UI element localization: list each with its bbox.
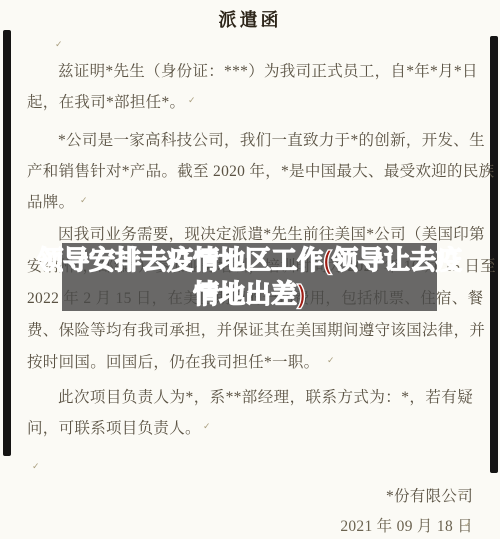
return-mark: ✓ [55, 40, 63, 50]
return-mark: ✓ [327, 356, 335, 366]
signature-company: *份有限公司 [27, 484, 491, 510]
document-title: 派遣函 [0, 6, 500, 32]
body-line: 费、保险等均有我司承担，并保证其在美国期间遵守该国法律，并 [27, 318, 473, 344]
body-line: 问，可联系项目负责人。 [27, 416, 473, 442]
caption-text-line2: 情地出差) [193, 277, 306, 311]
body-line: 兹证明*先生（身份证：***）为我司正式员工，自*年*月*日 [27, 59, 473, 85]
body-line: 此次项目负责人为*，系**部经理，联系方式为：*，若有疑 [27, 385, 473, 411]
return-mark: ✓ [80, 196, 88, 206]
return-mark: ✓ [203, 422, 211, 432]
scanned-dispatch-letter: 派遣函 兹证明*先生（身份证：***）为我司正式员工，自*年*月*日 起，在我司… [0, 0, 500, 539]
body-line: 按时回国。回国后，仍在我司担任*一职。 [27, 350, 473, 376]
return-mark: ✓ [32, 462, 40, 472]
signature-date: 2021 年 09 月 18 日 [27, 514, 485, 539]
caption-overlay: 领导安排去疫情地区工作(领导让去疫 情地出差) [62, 243, 437, 311]
body-line: 产和销售针对*产品。截至 2020 年，*是中国最大、最受欢迎的民族 [27, 159, 473, 185]
scan-edge-bar-right [490, 36, 498, 473]
return-mark: ✓ [458, 490, 466, 500]
body-line: 品牌。 [27, 190, 473, 216]
caption-text-line1: 领导安排去疫情地区工作(领导让去疫 [37, 243, 462, 277]
return-mark: ✓ [188, 96, 196, 106]
return-mark: ✓ [464, 520, 472, 530]
body-line: *公司是一家高科技公司，我们一直致力于*的创新，开发、生 [27, 128, 473, 154]
scan-edge-bar-left [3, 30, 11, 456]
body-line: 起，在我司*部担任*。 [27, 90, 473, 116]
